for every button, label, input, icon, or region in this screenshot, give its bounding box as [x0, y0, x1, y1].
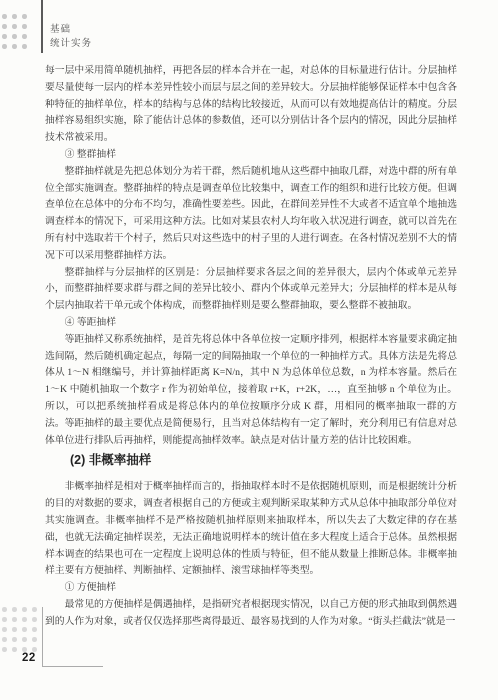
dot [22, 44, 27, 49]
dot [2, 617, 7, 622]
dot [32, 637, 37, 642]
dot [2, 34, 7, 39]
dot [22, 14, 27, 19]
dot [22, 617, 27, 622]
section-heading-nonprobability-sampling: (2) 非概率抽样 [45, 453, 457, 468]
page-body: 每一层中采用简单随机抽样，再把各层的样本合并在一起，对总体的目标量进行估计。分层… [45, 63, 457, 631]
paragraph-stratified-sampling-continuation: 每一层中采用简单随机抽样，再把各层的样本合并在一起，对总体的目标量进行估计。分层… [45, 63, 457, 147]
paragraph-cluster-sampling-1: 整群抽样就是先把总体划分为若干群，然后随机地从这些群中抽取几群，对选中群的所有单… [45, 164, 457, 265]
dot [22, 24, 27, 29]
dot [22, 34, 27, 39]
header-dot-grid-icon [2, 14, 27, 49]
dot [12, 647, 17, 652]
paragraph-convenience-sampling: 最常见的方便抽样是偶遇抽样，是指研究者根据现实情况，以自己方便的形式抽取到偶然遇… [45, 597, 457, 631]
dot [22, 627, 27, 632]
dot [2, 44, 7, 49]
dot [2, 627, 7, 632]
dot [22, 607, 27, 612]
dot [2, 607, 7, 612]
dot [2, 647, 7, 652]
paragraph-nonprobability-sampling: 非概率抽样是相对于概率抽样而言的，指抽取样本时不是依据随机原则，而是根据统计分析… [45, 479, 457, 580]
list-item-heading-systematic-sampling: ④ 等距抽样 [45, 315, 457, 332]
dot [12, 607, 17, 612]
dot [12, 44, 17, 49]
dot [32, 607, 37, 612]
dot [2, 637, 7, 642]
dot [12, 637, 17, 642]
dot [22, 647, 27, 652]
dot [32, 617, 37, 622]
series-title: 基础 [50, 24, 92, 38]
dot [32, 647, 37, 652]
footer-corner-bracket-horizontal [42, 666, 103, 667]
footer-corner-bracket-vertical [42, 607, 43, 667]
dot [12, 34, 17, 39]
header-vertical-rule [41, 0, 43, 53]
page-number: 22 [22, 652, 36, 664]
dot [12, 617, 17, 622]
dot [12, 24, 17, 29]
paragraph-systematic-sampling: 等距抽样又称系统抽样，是首先将总体中各单位按一定顺序排列，根据样本容量要求确定抽… [45, 332, 457, 450]
list-item-heading-convenience-sampling: ① 方便抽样 [45, 580, 457, 597]
dot [2, 14, 7, 19]
dot [22, 637, 27, 642]
paragraph-cluster-vs-stratified: 整群抽样与分层抽样的区别是：分层抽样要求各层之间的差异很大，层内个体或单元差异小… [45, 265, 457, 315]
book-page: 基础 统计实务 每一层中采用简单随机抽样，再把各层的样本合并在一起，对总体的目标… [0, 0, 498, 700]
dot [2, 24, 7, 29]
list-item-heading-cluster-sampling: ③ 整群抽样 [45, 147, 457, 164]
footer-dot-grid-icon [2, 607, 37, 652]
running-header: 基础 统计实务 [50, 24, 92, 51]
book-title: 统计实务 [50, 38, 92, 52]
dot [32, 627, 37, 632]
dot [12, 14, 17, 19]
dot [12, 627, 17, 632]
